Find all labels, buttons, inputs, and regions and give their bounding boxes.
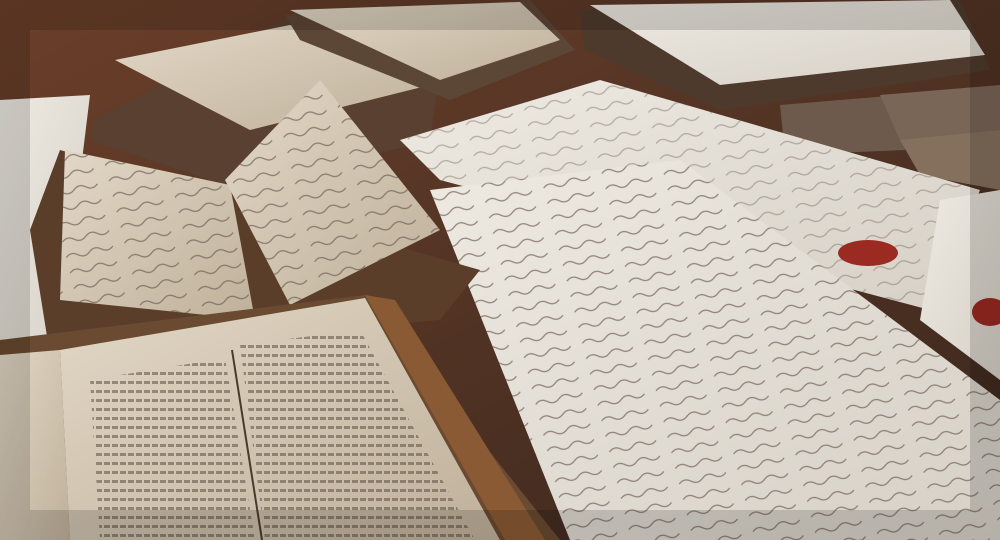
wax-seal (838, 240, 898, 266)
scene-illustration (0, 0, 1000, 540)
photo-scene (0, 0, 1000, 540)
